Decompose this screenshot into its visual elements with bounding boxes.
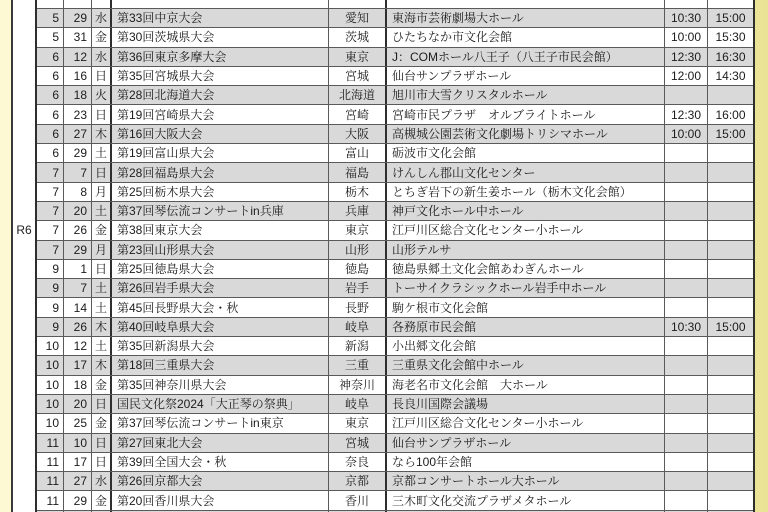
cell-weekday: 月 — [92, 183, 112, 201]
cell-weekday: 日 — [92, 105, 112, 123]
year-label: R6 — [13, 220, 35, 239]
cell-event: 第23回山形県大会 — [112, 241, 329, 259]
cell-prefecture: 新潟 — [329, 337, 387, 355]
schedule-sheet: R6 529水第33回中京大会愛知東海市芸術劇場大ホール10:3015:0053… — [11, 0, 755, 512]
cell-prefecture: 福島 — [329, 163, 387, 181]
cell-prefecture: 茨城 — [329, 28, 387, 46]
cell-day: 12 — [64, 337, 92, 355]
table-row: 1018金第35回神奈川県大会神奈川海老名市文化会館 大ホール — [37, 375, 753, 394]
cell-start-time — [708, 221, 753, 239]
cell-day: 23 — [64, 105, 92, 123]
cell-weekday: 日 — [92, 395, 112, 413]
cell-start-time — [708, 183, 753, 201]
cell-month: 6 — [37, 67, 64, 85]
cell-event: 第19回富山県大会 — [112, 144, 329, 162]
cell-day: 8 — [64, 183, 92, 201]
cell-event: 第30回茨城県大会 — [112, 28, 329, 46]
cell-venue: 神戸文化ホール中ホール — [387, 202, 665, 220]
cell-start-time: 16:30 — [708, 48, 753, 66]
table-row: 726金第38回東京大会東京江戸川区総合文化センター小ホール — [37, 220, 753, 239]
cell-start-time — [708, 453, 753, 471]
cell-day: 7 — [64, 279, 92, 297]
cell-day: 27 — [64, 472, 92, 490]
cell-venue: 宮崎市民プラザ オルブライトホール — [387, 105, 665, 123]
cell-event: 第37回琴伝流コンサートin東京 — [112, 414, 329, 432]
cell-open-time — [665, 337, 708, 355]
cell-weekday: 金 — [92, 491, 112, 509]
cell-event: 第25回徳島県大会 — [112, 260, 329, 278]
cell-open-time: 12:30 — [665, 48, 708, 66]
cell-weekday: 月 — [92, 241, 112, 259]
table-row: 91日第25回徳島県大会徳島徳島県郷土文化会館あわぎんホール — [37, 259, 753, 278]
cell-day: 17 — [64, 453, 92, 471]
table-row: 1012土第35回新潟県大会新潟小出郷文化会館 — [37, 336, 753, 355]
cell-day: 29 — [64, 144, 92, 162]
table-row: 1117日第39回全国大会・秋奈良なら100年会館 — [37, 452, 753, 471]
cell-start-time: 15:00 — [708, 9, 753, 27]
cell-month: 7 — [37, 202, 64, 220]
cell-month: 9 — [37, 279, 64, 297]
table-row: 629土第19回富山県大会富山砺波市文化会館 — [37, 143, 753, 162]
cell-prefecture: 奈良 — [329, 453, 387, 471]
cell-venue: 駒ケ根市文化会館 — [387, 298, 665, 316]
cell-event: 第28回北海道大会 — [112, 86, 329, 104]
table-row: 914土第45回長野県大会・秋長野駒ケ根市文化会館 — [37, 297, 753, 316]
cell-prefecture: 岩手 — [329, 279, 387, 297]
cell-start-time — [708, 86, 753, 104]
cell-day: 31 — [64, 28, 92, 46]
cell-venue: けんしん郡山文化センター — [387, 163, 665, 181]
cell-event: 第45回長野県大会・秋 — [112, 298, 329, 316]
cell-month: 6 — [37, 125, 64, 143]
cell-day: 14 — [64, 298, 92, 316]
cell-weekday: 水 — [92, 9, 112, 27]
cell-open-time: 12:00 — [665, 67, 708, 85]
table-row: 1127水第26回京都大会京都京都コンサートホール大ホール — [37, 471, 753, 490]
cell-month: 11 — [37, 434, 64, 452]
cell-month: 9 — [37, 260, 64, 278]
cell-prefecture: 岐阜 — [329, 395, 387, 413]
cell-open-time — [665, 453, 708, 471]
cell-event: 第38回東京大会 — [112, 221, 329, 239]
cell-day: 29 — [64, 9, 92, 27]
cell-open-time: 10:30 — [665, 318, 708, 336]
cell-weekday: 土 — [92, 279, 112, 297]
cell-start-time — [708, 414, 753, 432]
cell-event: 国民文化祭2024「大正琴の祭典」 — [112, 395, 329, 413]
cell-weekday: 金 — [92, 28, 112, 46]
cell-weekday: 土 — [92, 298, 112, 316]
cell-day: 29 — [64, 491, 92, 509]
cell-weekday: 火 — [92, 86, 112, 104]
cell-open-time — [665, 241, 708, 259]
cell-event: 第33回中京大会 — [112, 9, 329, 27]
cell-event: 第39回全国大会・秋 — [112, 453, 329, 471]
cell-venue: 京都コンサートホール大ホール — [387, 472, 665, 490]
cell-prefecture: 東京 — [329, 48, 387, 66]
cell-weekday: 木 — [92, 356, 112, 374]
cell-month: 7 — [37, 241, 64, 259]
cell-month: 10 — [37, 356, 64, 374]
cell-month: 7 — [37, 221, 64, 239]
cell-start-time — [708, 202, 753, 220]
cell-open-time — [665, 298, 708, 316]
cell-prefecture: 徳島 — [329, 260, 387, 278]
cell-open-time — [665, 183, 708, 201]
cell-prefecture: 山形 — [329, 241, 387, 259]
cell-month: 11 — [37, 472, 64, 490]
cell-weekday: 日 — [92, 260, 112, 278]
cell-open-time — [665, 414, 708, 432]
cell-day: 7 — [64, 163, 92, 181]
cell-venue: 小出郷文化会館 — [387, 337, 665, 355]
cell-start-time — [708, 298, 753, 316]
cell-venue: 徳島県郷土文化会館あわぎんホール — [387, 260, 665, 278]
cell-open-time: 12:30 — [665, 105, 708, 123]
cell-open-time: 10:00 — [665, 125, 708, 143]
cell-open-time — [665, 434, 708, 452]
cell-start-time: 15:00 — [708, 318, 753, 336]
cell-prefecture: 三重 — [329, 356, 387, 374]
cell-weekday: 土 — [92, 337, 112, 355]
cell-venue — [387, 0, 665, 8]
table-row: 616日第35回宮城県大会宮城仙台サンプラザホール12:0014:30 — [37, 66, 753, 85]
cell-weekday: 土 — [92, 202, 112, 220]
cell-month — [37, 0, 64, 8]
cell-start-time — [708, 472, 753, 490]
cell-venue: 各務原市民会館 — [387, 318, 665, 336]
cell-open-time — [665, 202, 708, 220]
cell-start-time — [708, 144, 753, 162]
cell-start-time — [708, 491, 753, 509]
cell-venue: 仙台サンプラザホール — [387, 434, 665, 452]
cell-month: 6 — [37, 144, 64, 162]
cell-venue: 江戸川区総合文化センター小ホール — [387, 221, 665, 239]
cell-day: 27 — [64, 125, 92, 143]
cell-event: 第40回岐阜県大会 — [112, 318, 329, 336]
cell-event: 第19回宮崎県大会 — [112, 105, 329, 123]
cell-start-time — [708, 434, 753, 452]
table-row: 1110日第27回東北大会宮城仙台サンプラザホール — [37, 433, 753, 452]
cell-weekday: 金 — [92, 414, 112, 432]
cell-day: 16 — [64, 67, 92, 85]
cell-month: 10 — [37, 414, 64, 432]
cell-month: 10 — [37, 376, 64, 394]
cell-start-time: 15:30 — [708, 28, 753, 46]
cell-prefecture: 富山 — [329, 144, 387, 162]
cell-prefecture: 愛知 — [329, 9, 387, 27]
cell-open-time — [665, 260, 708, 278]
cell-start-time — [708, 337, 753, 355]
schedule-table: 529水第33回中京大会愛知東海市芸術劇場大ホール10:3015:00531金第… — [35, 0, 755, 512]
cell-prefecture: 北海道 — [329, 86, 387, 104]
cell-start-time — [708, 356, 753, 374]
cell-prefecture: 宮城 — [329, 434, 387, 452]
cell-venue: 仙台サンプラザホール — [387, 67, 665, 85]
cell-venue: 旭川市大雪クリスタルホール — [387, 86, 665, 104]
cell-month: 10 — [37, 337, 64, 355]
table-row: 618火第28回北海道大会北海道旭川市大雪クリスタルホール — [37, 85, 753, 104]
cell-day: 20 — [64, 395, 92, 413]
cell-open-time — [665, 395, 708, 413]
cell-weekday: 日 — [92, 163, 112, 181]
cell-start-time — [708, 260, 753, 278]
cell-day: 20 — [64, 202, 92, 220]
cell-venue: ひたちなか市文化会館 — [387, 28, 665, 46]
cell-open-time — [665, 0, 708, 8]
cell-month: 9 — [37, 318, 64, 336]
cell-venue: 山形テルサ — [387, 241, 665, 259]
cell-event: 第35回宮城県大会 — [112, 67, 329, 85]
cell-prefecture: 宮崎 — [329, 105, 387, 123]
cell-prefecture — [329, 0, 387, 8]
cell-day: 25 — [64, 414, 92, 432]
cell-day: 17 — [64, 356, 92, 374]
cell-month: 6 — [37, 86, 64, 104]
table-row: 627木第16回大阪大会大阪高槻城公園芸術文化劇場トリシマホール10:0015:… — [37, 124, 753, 143]
cell-day: 10 — [64, 434, 92, 452]
table-row: 926木第40回岐阜県大会岐阜各務原市民会館10:3015:00 — [37, 317, 753, 336]
cell-weekday: 水 — [92, 472, 112, 490]
cell-day: 26 — [64, 318, 92, 336]
table-row-clipped-top — [37, 0, 753, 8]
cell-event: 第28回福島県大会 — [112, 163, 329, 181]
cell-day: 29 — [64, 241, 92, 259]
cell-month: 6 — [37, 105, 64, 123]
table-row: 720土第37回琴伝流コンサートin兵庫兵庫神戸文化ホール中ホール — [37, 201, 753, 220]
table-row: 1017木第18回三重県大会三重三重県文化会館中ホール — [37, 355, 753, 374]
cell-weekday: 木 — [92, 125, 112, 143]
cell-event: 第26回京都大会 — [112, 472, 329, 490]
cell-venue: 三重県文化会館中ホール — [387, 356, 665, 374]
cell-venue: なら100年会館 — [387, 453, 665, 471]
table-row: 612水第36回東京多摩大会東京J：COMホール八王子（八王子市民会館）12:3… — [37, 47, 753, 66]
cell-open-time: 10:30 — [665, 9, 708, 27]
cell-event: 第26回岩手県大会 — [112, 279, 329, 297]
table-row: 729月第23回山形県大会山形山形テルサ — [37, 240, 753, 259]
cell-weekday: 木 — [92, 318, 112, 336]
table-row: 1020日国民文化祭2024「大正琴の祭典」岐阜長良川国際会議場 — [37, 394, 753, 413]
cell-prefecture: 岐阜 — [329, 318, 387, 336]
cell-start-time — [708, 241, 753, 259]
table-row: 531金第30回茨城県大会茨城ひたちなか市文化会館10:0015:30 — [37, 27, 753, 46]
cell-venue: 長良川国際会議場 — [387, 395, 665, 413]
cell-weekday: 日 — [92, 453, 112, 471]
cell-prefecture: 宮城 — [329, 67, 387, 85]
cell-start-time — [708, 376, 753, 394]
cell-venue: J：COMホール八王子（八王子市民会館） — [387, 48, 665, 66]
table-row: 78月第25回栃木県大会栃木とちぎ岩下の新生姜ホール（栃木文化会館） — [37, 182, 753, 201]
cell-prefecture: 長野 — [329, 298, 387, 316]
cell-start-time — [708, 395, 753, 413]
cell-start-time: 16:00 — [708, 105, 753, 123]
table-body: 529水第33回中京大会愛知東海市芸術劇場大ホール10:3015:00531金第… — [37, 8, 753, 510]
cell-month: 11 — [37, 491, 64, 509]
cell-venue: 三木町文化交流プラザメタホール — [387, 491, 665, 509]
cell-open-time — [665, 86, 708, 104]
cell-open-time — [665, 221, 708, 239]
cell-venue: 砺波市文化会館 — [387, 144, 665, 162]
cell-prefecture: 大阪 — [329, 125, 387, 143]
cell-event: 第36回東京多摩大会 — [112, 48, 329, 66]
cell-event: 第35回新潟県大会 — [112, 337, 329, 355]
cell-start-time: 15:00 — [708, 125, 753, 143]
cell-prefecture: 東京 — [329, 221, 387, 239]
cell-event: 第37回琴伝流コンサートin兵庫 — [112, 202, 329, 220]
cell-open-time — [665, 163, 708, 181]
cell-weekday: 金 — [92, 376, 112, 394]
cell-start-time — [708, 163, 753, 181]
cell-venue: トーサイクラシックホール岩手中ホール — [387, 279, 665, 297]
cell-day — [64, 0, 92, 8]
table-row: 77日第28回福島県大会福島けんしん郡山文化センター — [37, 162, 753, 181]
cell-event: 第16回大阪大会 — [112, 125, 329, 143]
cell-day: 18 — [64, 376, 92, 394]
cell-open-time — [665, 356, 708, 374]
cell-prefecture: 栃木 — [329, 183, 387, 201]
cell-open-time — [665, 279, 708, 297]
cell-prefecture: 神奈川 — [329, 376, 387, 394]
cell-start-time: 14:30 — [708, 67, 753, 85]
cell-prefecture: 兵庫 — [329, 202, 387, 220]
cell-venue: 東海市芸術劇場大ホール — [387, 9, 665, 27]
cell-event: 第25回栃木県大会 — [112, 183, 329, 201]
cell-event: 第35回神奈川県大会 — [112, 376, 329, 394]
table-row: 623日第19回宮崎県大会宮崎宮崎市民プラザ オルブライトホール12:3016:… — [37, 104, 753, 123]
cell-event — [112, 0, 329, 8]
cell-venue: とちぎ岩下の新生姜ホール（栃木文化会館） — [387, 183, 665, 201]
cell-month: 10 — [37, 395, 64, 413]
cell-weekday: 金 — [92, 221, 112, 239]
cell-start-time — [708, 279, 753, 297]
cell-weekday: 水 — [92, 48, 112, 66]
cell-venue: 高槻城公園芸術文化劇場トリシマホール — [387, 125, 665, 143]
table-row: 1025金第37回琴伝流コンサートin東京東京江戸川区総合文化センター小ホール — [37, 413, 753, 432]
cell-day: 18 — [64, 86, 92, 104]
cell-event: 第20回香川県大会 — [112, 491, 329, 509]
table-row: 1129金第20回香川県大会香川三木町文化交流プラザメタホール — [37, 490, 753, 509]
table-row: 529水第33回中京大会愛知東海市芸術劇場大ホール10:3015:00 — [37, 8, 753, 27]
cell-venue: 江戸川区総合文化センター小ホール — [387, 414, 665, 432]
cell-prefecture: 京都 — [329, 472, 387, 490]
year-column: R6 — [11, 0, 35, 512]
cell-weekday — [92, 0, 112, 8]
cell-event: 第27回東北大会 — [112, 434, 329, 452]
cell-day: 12 — [64, 48, 92, 66]
cell-prefecture: 東京 — [329, 414, 387, 432]
cell-month: 11 — [37, 453, 64, 471]
cell-month: 6 — [37, 48, 64, 66]
cell-weekday: 土 — [92, 144, 112, 162]
cell-day: 26 — [64, 221, 92, 239]
cell-day: 1 — [64, 260, 92, 278]
cell-prefecture: 香川 — [329, 491, 387, 509]
cell-open-time — [665, 144, 708, 162]
cell-month: 5 — [37, 9, 64, 27]
cell-month: 9 — [37, 298, 64, 316]
cell-month: 7 — [37, 163, 64, 181]
cell-month: 7 — [37, 183, 64, 201]
cell-open-time — [665, 472, 708, 490]
cell-open-time: 10:00 — [665, 28, 708, 46]
cell-event: 第18回三重県大会 — [112, 356, 329, 374]
cell-weekday: 日 — [92, 434, 112, 452]
cell-start-time — [708, 0, 753, 8]
cell-open-time — [665, 491, 708, 509]
cell-weekday: 日 — [92, 67, 112, 85]
table-row: 97土第26回岩手県大会岩手トーサイクラシックホール岩手中ホール — [37, 278, 753, 297]
cell-venue: 海老名市文化会館 大ホール — [387, 376, 665, 394]
cell-open-time — [665, 376, 708, 394]
cell-month: 5 — [37, 28, 64, 46]
